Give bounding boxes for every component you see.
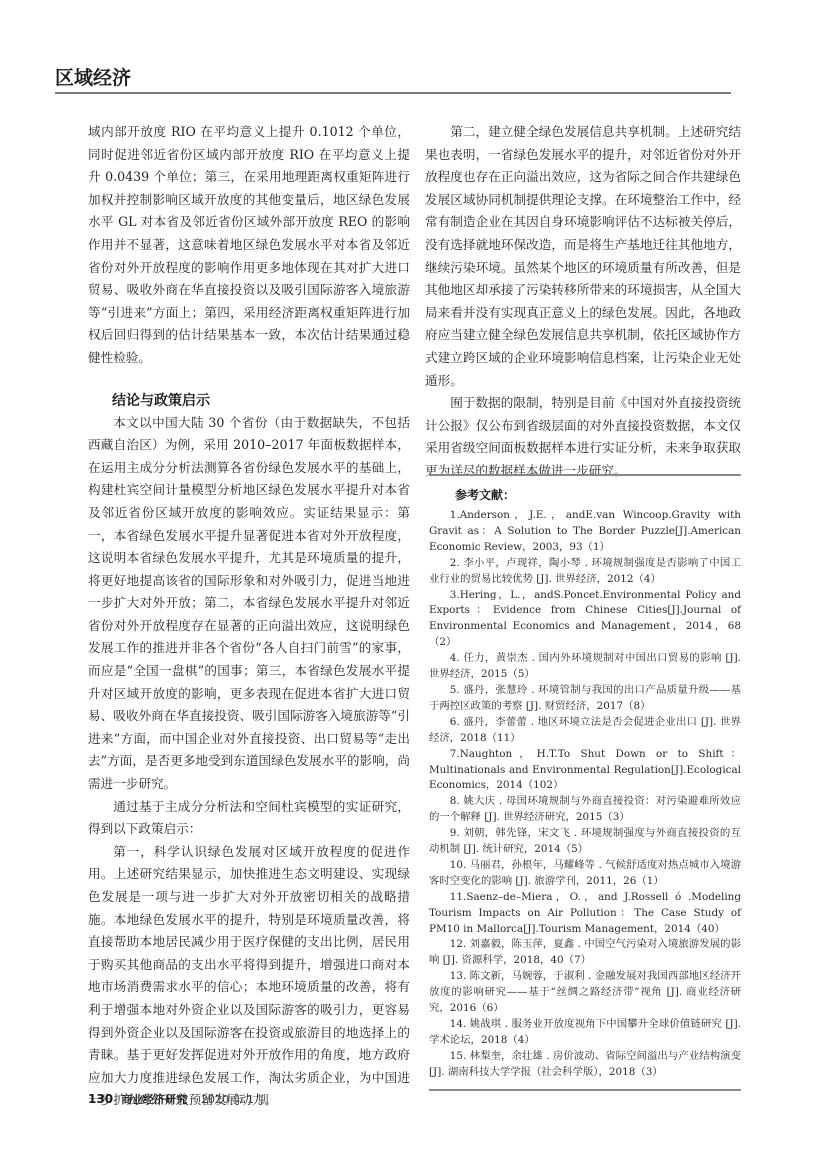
reference-item: 13. 陈文新，马婉蓉，于淑利 . 金融发展对我国西部地区经济开放度的影响研究—… xyxy=(429,969,741,1017)
conclusion-heading: 结论与政策启示 xyxy=(112,390,410,412)
journal-name: 商业经济研究 xyxy=(121,1091,187,1107)
reference-item: 12. 刘嘉毅，陈玉萍，夏鑫 . 中国空气污染对入境旅游发展的影响 [J]. 资… xyxy=(429,937,741,969)
reference-item: 6. 盛丹，李蕾蕾 . 地区环境立法是否会促进企业出口 [J]. 世界经济，20… xyxy=(429,715,741,747)
body-paragraph: 第一，科学认识绿色发展对区域开放程度的促进作用。上述研究结果显示，加快推进生态文… xyxy=(88,841,410,1112)
reference-item: 8. 姚大庆 . 母国环境规制与外商直接投资：对污染避难所效应的一个解释 [J]… xyxy=(429,794,741,826)
page-footer: 130 商业经济研究 2020 年 1 期 xyxy=(88,1091,269,1107)
body-paragraph: 第二，建立健全绿色发展信息共享机制。上述研究结果也表明，一省绿色发展水平的提升，… xyxy=(425,121,741,392)
references-top-divider xyxy=(429,474,741,476)
reference-item: 14. 姚战琪 . 服务业开放度视角下中国攀升全球价值链研究 [J]. 学术论坛… xyxy=(429,1017,741,1049)
left-column: 域内部开放度 RIO 在平均意义上提升 0.1012 个单位，同时促进邻近省份区… xyxy=(88,121,410,1112)
body-paragraph: 囿于数据的限制，特别是目前《中国对外直接投资统计公报》仅公布到省级层面的对外直接… xyxy=(425,392,741,482)
page-number: 130 xyxy=(88,1092,113,1106)
journal-issue: 2020 年 1 期 xyxy=(201,1091,268,1107)
reference-item: 2. 李小平，卢现祥，陶小琴 . 环境规制强度是否影响了中国工业行业的贸易比较优… xyxy=(429,556,741,588)
reference-item: 4. 任力，黄崇杰 . 国内外环境规制对中国出口贸易的影响 [J]. 世界经济，… xyxy=(429,651,741,683)
header-divider xyxy=(55,92,731,94)
reference-item: 15. 林梨奎，余壮雄 . 房价波动、省际空间溢出与产业结构演变 [J]. 湖南… xyxy=(429,1049,741,1081)
reference-item: 3.Hering，L.，andS.Poncet.Environmental Po… xyxy=(429,588,741,652)
references-section: 参考文献： 1.Anderson，J.E.，andE.van Wincoop.G… xyxy=(429,474,741,1091)
body-paragraph: 域内部开放度 RIO 在平均意义上提升 0.1012 个单位，同时促进邻近省份区… xyxy=(88,121,410,370)
section-header: 区域经济 xyxy=(55,66,731,94)
reference-item: 7.Naughton，H.T.To Shut Down or to Shift：… xyxy=(429,747,741,795)
references-list: 1.Anderson，J.E.，andE.van Wincoop.Gravity… xyxy=(429,508,741,1081)
reference-item: 5. 盛丹，张慧玲 . 环境管制与我国的出口产品质量升级——基于两控区政策的考察… xyxy=(429,683,741,715)
body-paragraph: 本文以中国大陆 30 个省份（由于数据缺失，不包括西藏自治区）为例，采用 201… xyxy=(88,412,410,796)
reference-item: 9. 刘朝，韩先锋，宋文飞 . 环境规制强度与外商直接投资的互动机制 [J]. … xyxy=(429,826,741,858)
right-column: 第二，建立健全绿色发展信息共享机制。上述研究结果也表明，一省绿色发展水平的提升，… xyxy=(425,121,741,483)
reference-item: 11.Saenz–de–Miera，O.，and J.Rossell ó .Mo… xyxy=(429,890,741,938)
body-paragraph: 通过基于主成分分析法和空间杜宾模型的实证研究，得到以下政策启示： xyxy=(88,796,410,841)
reference-item: 10. 马丽君，孙根年，马耀峰等 . 气候舒适度对热点城市入境游客时空变化的影响… xyxy=(429,858,741,890)
reference-item: 1.Anderson，J.E.，andE.van Wincoop.Gravity… xyxy=(429,508,741,556)
section-title: 区域经济 xyxy=(55,66,731,90)
references-bottom-divider xyxy=(429,1089,741,1091)
references-title: 参考文献： xyxy=(455,486,741,504)
